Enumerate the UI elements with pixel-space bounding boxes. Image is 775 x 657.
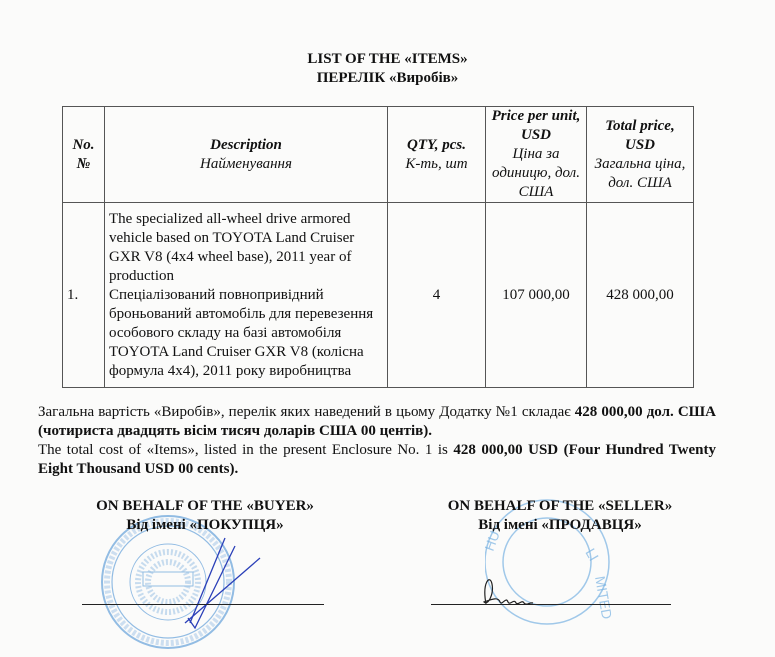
summary-en: The total cost of «Items», listed in the… xyxy=(38,441,716,479)
description-en: The specialized all-wheel drive armored … xyxy=(109,210,383,286)
cell-no: 1. xyxy=(63,203,105,388)
header-unit-price: Price per unit, USD Ціна за одиницю, дол… xyxy=(486,107,587,203)
seller-label-en: ON BEHALF OF THE «SELLER» xyxy=(415,497,705,516)
svg-text:MITED: MITED xyxy=(592,575,615,621)
summary-uk: Загальна вартість «Виробів», перелік яки… xyxy=(38,403,716,441)
cell-qty: 4 xyxy=(388,203,486,388)
buyer-label-en: ON BEHALF OF THE «BUYER» xyxy=(60,497,350,516)
document-title-en: LIST OF THE «ITEMS» xyxy=(0,50,775,69)
buyer-signature-line xyxy=(82,604,324,605)
header-description: Description Найменування xyxy=(105,107,388,203)
cell-total-price: 428 000,00 xyxy=(587,203,694,388)
buyer-signature-icon xyxy=(170,528,270,638)
svg-text:LI: LI xyxy=(582,546,602,564)
seller-signature-block: ON BEHALF OF THE «SELLER» Від імені «ПРО… xyxy=(415,497,705,535)
seller-signature-icon xyxy=(478,572,538,612)
cell-unit-price: 107 000,00 xyxy=(486,203,587,388)
buyer-signature-block: ON BEHALF OF THE «BUYER» Від імені «ПОКУ… xyxy=(60,497,350,535)
header-qty: QTY, pcs. К-ть, шт xyxy=(388,107,486,203)
header-total-price: Total price, USD Загальна ціна, дол. США xyxy=(587,107,694,203)
items-table: No. № Description Найменування QTY, pcs.… xyxy=(62,106,694,388)
table-header-row: No. № Description Найменування QTY, pcs.… xyxy=(63,107,694,203)
seller-label-uk: Від імені «ПРОДАВЦЯ» xyxy=(415,516,705,535)
header-no: No. № xyxy=(63,107,105,203)
description-uk: Спеціалізований повнопривідний броньован… xyxy=(109,286,383,381)
cell-description: The specialized all-wheel drive armored … xyxy=(105,203,388,388)
table-row: 1. The specialized all-wheel drive armor… xyxy=(63,203,694,388)
buyer-label-uk: Від імені «ПОКУПЦЯ» xyxy=(60,516,350,535)
seller-signature-line xyxy=(431,604,671,605)
document-title-uk: ПЕРЕЛІК «Виробів» xyxy=(0,69,775,88)
